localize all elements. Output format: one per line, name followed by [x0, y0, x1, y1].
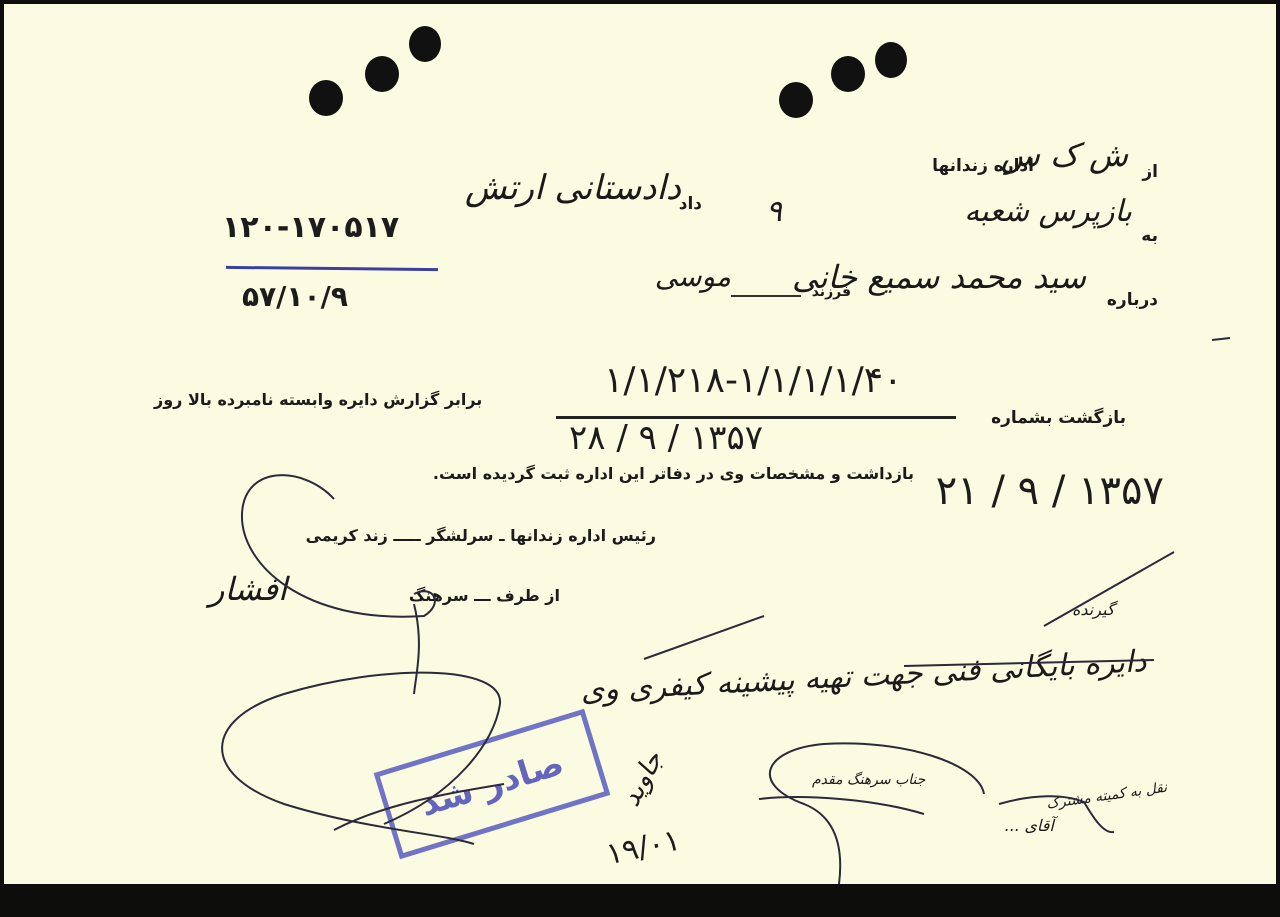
scan-edge — [0, 872, 1280, 917]
document-page: ۱۲۰-۱۷۰۵۱۷ ۵۷/۱۰/۹ از ش ک س اداره زندانه… — [4, 4, 1276, 884]
pen-strokes — [4, 4, 1276, 884]
